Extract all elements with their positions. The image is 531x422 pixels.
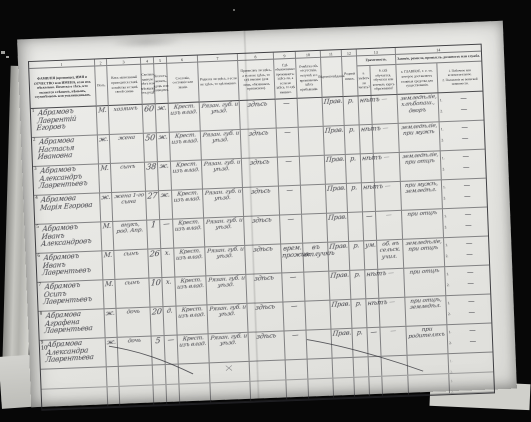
cell-registered: здѣсь: [246, 273, 283, 302]
cell-relation: хозяинъ: [109, 105, 144, 134]
cell-religion: Прав.: [329, 271, 351, 300]
handwritten-born: Рязан. губ. и уѣзд.: [209, 333, 247, 348]
cell-born: Рязан. губ. и уѣзд.: [203, 188, 244, 218]
empty-cell: [286, 360, 309, 380]
cell-registered: здѣсь: [249, 331, 286, 360]
handwritten-occ_a: при родителяхъ: [407, 326, 446, 341]
empty-cell: [369, 357, 383, 376]
cell-absence: [300, 156, 326, 185]
cell-language: р.: [351, 299, 367, 328]
handwritten-lit_a: нѣтъ: [367, 300, 378, 308]
dust-speck: [1, 51, 5, 54]
handwritten-relation: внукъ, род. Апр.: [114, 221, 146, 236]
handwritten-resides: —: [285, 331, 305, 339]
cell-age: 60: [143, 104, 157, 132]
cell-born: Рязан. губ. и уѣзд.: [207, 304, 248, 334]
handwritten-language: р.: [344, 97, 357, 105]
cell-religion: Прав.: [328, 242, 350, 271]
empty-cell: [108, 387, 121, 406]
header-col8: Приписанъ ли здѣсь, а если не здѣсь, то …: [238, 60, 276, 101]
cell-absence: [301, 185, 327, 214]
side-occupation-label: 2.: [450, 369, 453, 373]
cell-lit_a: ум.: [364, 241, 378, 269]
photo-background: 1234567891011121314ФАМИЛІЯ (прозвище), И…: [0, 0, 531, 422]
cell-born: Рязан. губ. и уѣзд.: [205, 246, 246, 276]
side-occupation-line: 2.—: [440, 104, 482, 117]
cell-relation: внукъ, род. Апр.: [113, 221, 148, 250]
cell-lit_b: —: [373, 124, 400, 153]
handwritten-dash: —: [453, 337, 491, 346]
handwritten-marital: ж.: [159, 163, 170, 171]
handwritten-absence: [305, 272, 327, 273]
census-table: 1234567891011121314ФАМИЛІЯ (прозвище), И…: [28, 44, 495, 411]
header-col11: Вѣроисповѣданіе.: [321, 57, 344, 98]
handwritten-absence: [303, 214, 325, 215]
header-col6: Сословіе, состояніе или званіе.: [167, 63, 200, 104]
handwritten-name: Абрамова Настасья Ивановна: [32, 136, 97, 163]
side-occupation-label: 1.: [445, 243, 448, 247]
cell-registered: здѣсь: [241, 129, 278, 158]
handwritten-resides: —: [283, 273, 303, 281]
handwritten-sex: ж.: [106, 339, 116, 347]
handwritten-dash: —: [444, 94, 482, 103]
side-occupation-line: 2.—: [441, 133, 483, 146]
side-occupation-label: 2.: [446, 254, 449, 258]
cell-resides: —: [278, 157, 301, 186]
cell-lit_b: —: [378, 269, 405, 298]
cell-lit_a: нѣтъ: [366, 299, 380, 327]
cell-age: 26: [148, 249, 162, 277]
cell-absence: [307, 330, 333, 359]
cell-religion: Прав.: [324, 126, 346, 155]
handwritten-sex: М.: [100, 165, 110, 173]
empty-cell: [408, 374, 450, 395]
handwritten-name: Абрамова Марія Егорова: [35, 194, 100, 213]
side-occupation-line: 2.—: [443, 191, 485, 204]
cell-sex: ж.: [106, 338, 119, 366]
empty-cell: [286, 380, 309, 400]
handwritten-born: Рязан. губ. и уѣзд.: [208, 304, 246, 319]
cell-absence: [304, 272, 330, 301]
handwritten-registered: здѣсь: [247, 274, 281, 283]
cell-sex: М.: [102, 251, 115, 279]
cell-resides: врем. прожив.: [281, 244, 304, 273]
side-occupation-line: 2.—: [442, 162, 484, 175]
handwritten-born: Рязан. губ. и уѣзд.: [206, 246, 244, 261]
handwritten-registered: здѣсь: [240, 100, 274, 109]
handwritten-sex: М.: [98, 107, 108, 115]
cell-name: 1Абрамовъ Лаврентій Егоровъ: [31, 106, 98, 137]
handwritten-registered: здѣсь: [245, 216, 279, 225]
cell-estate: Крест. изъ влад.: [173, 218, 205, 247]
handwritten-relation: хозяинъ: [110, 105, 142, 113]
cell-language: р.: [349, 241, 365, 270]
empty-cell: [166, 384, 180, 403]
handwritten-marital: ж.: [158, 134, 169, 142]
handwritten-estate: Крест. изъ влад.: [173, 190, 202, 204]
handwritten-lit_b: —: [380, 299, 404, 307]
handwritten-registered: здѣсь: [243, 158, 277, 167]
handwritten-born: Рязан. губ. и уѣзд.: [203, 159, 241, 174]
handwritten-dash: —: [453, 326, 491, 335]
handwritten-born: Рязан. губ. и уѣзд.: [205, 217, 243, 232]
cell-resides: —: [283, 302, 306, 331]
cell-occ_a: при отцѣ, земледѣл.: [405, 296, 447, 326]
header-text: Родной языкъ.: [344, 71, 356, 81]
handwritten-sex: М.: [103, 252, 113, 260]
group-title-text: Грамотность.: [365, 58, 386, 63]
handwritten-age: 27: [147, 192, 158, 201]
cell-occ_b: 1.—2.—: [447, 323, 492, 353]
cell-born: Рязан. губ. и уѣзд.: [202, 159, 243, 189]
cell-language: р.: [345, 125, 361, 154]
handwritten-dash: —: [447, 181, 485, 190]
cell-lit_a: нѣтъ: [365, 270, 379, 298]
handwritten-relation: сынъ: [116, 279, 148, 287]
cell-relation: дочь: [117, 308, 152, 337]
side-occupation-label: 1.: [450, 378, 453, 382]
cell-occ_b: 1.—2.—: [442, 179, 487, 209]
handwritten-lit_b: —: [379, 270, 403, 278]
cell-religion: Прав.: [327, 213, 349, 242]
handwritten-language: р.: [352, 300, 365, 308]
side-occupation-line: 2.: [451, 384, 493, 397]
cell-lit_b: —: [379, 298, 406, 327]
cell-lit_a: —: [363, 212, 377, 240]
handwritten-marital: ж.: [157, 105, 168, 113]
handwritten-language: р.: [353, 329, 366, 337]
handwritten-resides: —: [281, 215, 301, 223]
cell-name: 7Абрамовъ Осипъ Лаврентьевъ: [37, 280, 104, 311]
cell-lit_b: —: [376, 211, 403, 240]
handwritten-relation: дочь: [118, 337, 150, 345]
cell-language: р.: [352, 328, 368, 357]
handwritten-occ_a: при отцѣ: [405, 268, 444, 277]
handwritten-dash: —: [446, 134, 484, 143]
empty-cell: [369, 377, 383, 396]
page-number: 10: [41, 345, 48, 352]
empty-cell: [210, 362, 251, 383]
cell-name: 2Абрамова Настасья Ивановна: [32, 135, 99, 166]
header-col12: Родной языкъ.: [342, 56, 359, 97]
occupation-group: Занятіе, ремесло, промыслъ, должность ил…: [396, 52, 482, 95]
header-text: ФАМИЛІЯ (прозвище), ИМЯ и ОТЧЕСТВО или И…: [31, 75, 95, 100]
cell-language: [348, 212, 364, 241]
header-text: Вѣроисповѣданіе.: [318, 74, 345, 80]
cell-registered: здѣсь: [244, 215, 281, 244]
handwritten-dash: —: [449, 221, 487, 230]
handwritten-language: р.: [346, 126, 359, 134]
handwritten-estate: Крест. изъ влад.: [170, 132, 199, 146]
side-occupation-label: 1.: [450, 358, 453, 362]
cell-sex: М.: [103, 280, 116, 308]
cell-lit_b: —: [375, 182, 402, 211]
handwritten-absence: въ отлучкѣ: [304, 243, 327, 259]
empty-cell: [179, 363, 211, 383]
group-subcolumns: а. умѣетъ ли читать?б. гдѣ обучается, об…: [357, 65, 396, 95]
empty-cell: [250, 380, 287, 400]
header-col9: Гдѣ обыкновенно проживаетъ: здѣсь ли, а …: [274, 59, 298, 100]
handwritten-estate: Крест. изъ влад.: [175, 248, 204, 262]
handwritten-religion: Прав.: [332, 330, 351, 338]
handwritten-age: 60: [143, 105, 154, 114]
handwritten-occ_a: земледѣліе, хлѣбопаш., дворъ: [398, 94, 438, 115]
handwritten-language: [349, 213, 361, 214]
side-occupation-label: 2.: [448, 312, 451, 316]
handwritten-born: Рязан. губ. и уѣзд.: [200, 102, 238, 117]
handwritten-relation: жена 1-го сына: [113, 192, 145, 207]
cell-occ_a: при отцѣ: [404, 267, 446, 297]
cell-marital: х.: [161, 249, 175, 277]
cell-occ_b: 1.—2.—: [438, 92, 483, 122]
cell-marital: —: [165, 336, 179, 364]
header-text: Гдѣ обыкновенно проживаетъ: здѣсь ли, а …: [275, 62, 296, 95]
handwritten-dash: —: [451, 279, 489, 288]
handwritten-age: 1: [148, 221, 159, 230]
handwritten-age: 20: [151, 308, 162, 317]
side-occupation-label: 1.: [444, 214, 447, 218]
handwritten-age: 38: [146, 163, 157, 172]
header-col3: Какъ записанный приходится главѣ хозяйст…: [107, 65, 143, 106]
cell-language: р.: [344, 96, 360, 125]
header-col1: ФАМИЛІЯ (прозвище), ИМЯ и ОТЧЕСТВО или И…: [29, 66, 96, 109]
empty-cell: [308, 379, 334, 399]
cell-occ_b: 1.—2.—: [446, 294, 491, 324]
cell-resides: —: [279, 186, 302, 215]
handwritten-dash: —: [447, 163, 485, 172]
handwritten-registered: здѣсь: [248, 303, 282, 312]
cell-relation: сынъ: [115, 279, 150, 308]
cell-born: Рязан. губ. и уѣзд.: [201, 130, 242, 160]
cell-born: Рязан. губ. и уѣзд.: [209, 333, 250, 363]
empty-cell: [153, 385, 167, 404]
handwritten-dash: —: [452, 308, 490, 317]
side-occupation-label: 2.: [451, 389, 454, 393]
empty-cell: 1.2.: [449, 352, 494, 373]
handwritten-occ_a: при отцѣ: [403, 210, 442, 219]
cell-occ_a: при отцѣ: [402, 209, 444, 239]
handwritten-resides: —: [279, 158, 299, 166]
handwritten-lit_a: нѣтъ: [360, 126, 371, 134]
cell-sex: М.: [97, 106, 110, 134]
cell-marital: ж.: [158, 162, 172, 190]
cell-resides: —: [276, 99, 299, 128]
cell-registered: здѣсь: [247, 302, 284, 331]
cell-estate: Крест. изъ влад.: [171, 160, 203, 189]
empty-cell: [333, 358, 355, 378]
empty-cell: [408, 354, 450, 375]
handwritten-dash: —: [444, 105, 482, 114]
cell-occ_a: земледѣліе, при отцѣ: [400, 151, 442, 181]
handwritten-occ_a: при отцѣ, земледѣл.: [406, 297, 445, 312]
cell-occ_b: 1.—2.—: [440, 121, 485, 151]
empty-cell: [166, 365, 180, 384]
handwritten-language: р.: [351, 271, 364, 279]
cell-born: Рязан. губ. и уѣзд.: [204, 217, 245, 247]
handwritten-estate: Крест. изъ влад.: [177, 306, 206, 320]
cell-born: Рязан. губ. и уѣзд.: [206, 275, 247, 305]
header-text: Холостъ, женатъ, вдовъ или разведенъ.: [153, 74, 169, 93]
empty-cell: [333, 378, 355, 398]
cell-relation: дочь: [118, 337, 153, 366]
literacy-group: Грамотность.а. умѣетъ ли читать?б. гдѣ о…: [357, 55, 398, 96]
cell-age: 50: [144, 133, 158, 161]
handwritten-religion: Прав.: [327, 185, 346, 193]
handwritten-dash: —: [445, 123, 483, 132]
handwritten-occ_a: земледѣліе, при мужѣ: [399, 123, 438, 138]
header-text: Отмѣтка объ отсутствіи, отлучкѣ и о врем…: [297, 64, 320, 92]
handwritten-age: 26: [149, 250, 160, 259]
handwritten-occ_a: при мужѣ, земледѣл.: [402, 181, 441, 196]
handwritten-absence: [306, 301, 328, 302]
cell-name: 9Абрамова Александра Лаврентьева: [40, 338, 107, 369]
side-occupation-label: 1.: [449, 330, 452, 334]
side-occupation-label: 2.: [445, 225, 448, 229]
side-occupation-label: 1.: [441, 127, 444, 131]
handwritten-age: 10: [150, 279, 161, 288]
handwritten-resides: врем. прожив.: [282, 244, 302, 259]
cell-religion: Прав.: [330, 300, 352, 329]
cell-lit_a: нѣтъ: [361, 154, 375, 182]
handwritten-religion: Прав.: [323, 98, 342, 106]
header-text: Какъ записанный приходится главѣ хозяйст…: [109, 75, 141, 94]
handwritten-lit_b: —: [375, 154, 399, 162]
cell-occ_b: 1.—2.—: [441, 150, 486, 180]
handwritten-sex: М.: [102, 223, 112, 231]
cell-marital: д.: [163, 307, 177, 335]
handwritten-relation: сынъ: [115, 250, 147, 258]
handwritten-absence: [300, 128, 322, 129]
empty-cell: [119, 365, 154, 385]
cell-resides: —: [285, 331, 308, 360]
empty-cell: 1.2.: [449, 372, 494, 393]
cell-marital: ж.: [159, 191, 173, 219]
cell-lit_b: —: [380, 327, 407, 356]
cell-name: 6Абрамовъ Иванъ Лаврентьевъ: [36, 251, 103, 282]
empty-cell: [42, 387, 109, 409]
ink-smudge: [109, 34, 183, 50]
header-text: Приписанъ ли здѣсь, а если не здѣсь, то …: [239, 68, 273, 92]
cell-occ_a: земледѣліе, хлѣбопаш., дворъ: [398, 93, 440, 123]
handwritten-lit_a: нѣтъ: [362, 155, 373, 163]
side-occupation-label: 2.: [442, 167, 445, 171]
handwritten-absence: [302, 186, 324, 187]
handwritten-estate: Крест. изъ влад.: [176, 277, 205, 291]
side-item-2: 2. Положеніе по воинской повинности.: [439, 76, 481, 86]
handwritten-dash: —: [448, 192, 486, 201]
cell-registered: здѣсь: [243, 187, 280, 216]
handwritten-estate: Крест. изъ влад.: [172, 161, 201, 175]
cell-occ_a: земледѣліе, при мужѣ: [399, 122, 441, 152]
empty-cell: [382, 356, 409, 376]
empty-cell: [41, 367, 108, 389]
handwritten-language: р.: [348, 184, 361, 192]
handwritten-name: Абрамовъ Лаврентій Егоровъ: [31, 107, 96, 134]
side-occupation-label: 2.: [449, 341, 452, 345]
handwritten-marital: д.: [164, 307, 175, 315]
handwritten-sex: ж.: [99, 136, 109, 144]
empty-cell: [250, 360, 287, 380]
handwritten-born: Рязан. губ. и уѣзд.: [201, 131, 239, 146]
cell-religion: Прав.: [331, 329, 353, 358]
cell-occ_b: 1.—2.—: [443, 208, 488, 238]
side-occupation-label: 1.: [440, 98, 443, 102]
handwritten-language: р.: [347, 155, 360, 163]
subcol-text: а. умѣетъ ли читать?: [358, 71, 370, 90]
empty-cell: [308, 359, 334, 379]
handwritten-lit_a: нѣтъ: [359, 97, 370, 105]
cell-absence: [299, 127, 325, 156]
cell-absence: [298, 98, 324, 127]
cell-estate: Крест. изъ влад.: [174, 247, 206, 276]
cell-religion: Прав.: [325, 155, 347, 184]
handwritten-religion: Прав.: [329, 243, 348, 251]
cell-resides: —: [280, 215, 303, 244]
cell-registered: здѣсь: [245, 244, 282, 273]
cell-language: р.: [346, 154, 362, 183]
handwritten-lit_a: —: [368, 329, 379, 337]
handwritten-estate: Крест. изъ влад.: [178, 335, 207, 349]
handwritten-name: Абрамовъ Осипъ Лаврентьевъ: [38, 281, 103, 308]
handwritten-born: Рязан. губ. и уѣзд.: [207, 275, 245, 290]
cell-age: 5: [152, 336, 166, 364]
cell-relation: жена: [110, 134, 145, 163]
cell-marital: ж.: [157, 133, 171, 161]
empty-cell: [153, 365, 167, 384]
handwritten-dash: —: [446, 152, 484, 161]
handwritten-registered: здѣсь: [242, 129, 276, 138]
handwritten-lit_a: нѣтъ: [363, 184, 374, 192]
handwritten-resides: —: [278, 129, 298, 137]
handwritten-sex: ж.: [105, 310, 115, 318]
side-occupation-line: 2.—: [448, 307, 490, 320]
handwritten-marital: х.: [163, 278, 174, 286]
handwritten-lit_b: —: [372, 96, 396, 104]
cell-relation: жена 1-го сына: [112, 192, 147, 221]
cell-occ_b: 1.—2.—: [445, 266, 490, 296]
cell-religion: Прав.: [326, 184, 348, 213]
handwritten-religion: Прав.: [326, 156, 345, 164]
cell-absence: [302, 214, 328, 243]
side-occupation-line: 2.—: [444, 220, 486, 233]
cell-relation: сынъ: [111, 163, 146, 192]
subcol-text: б. гдѣ обучается, обучался или кончилъ к…: [372, 68, 396, 92]
cell-estate: Крест. изъ влад.: [175, 276, 207, 305]
cell-resides: —: [282, 273, 305, 302]
subcol-text: а. ГЛАВНОЕ, т. е. то, которое доставляет…: [398, 69, 437, 89]
cell-estate: Крест. изъ влад.: [172, 189, 204, 218]
cell-relation: сынъ: [114, 250, 149, 279]
empty-cell: [210, 382, 251, 403]
empty-cell: [120, 385, 155, 405]
handwritten-language: р.: [350, 242, 363, 250]
side-occupation-label: 2.: [443, 196, 446, 200]
handwritten-relation: сынъ: [112, 163, 144, 171]
cell-occ_a: при родителяхъ: [406, 325, 448, 355]
cell-age: 10: [149, 278, 163, 306]
handwritten-registered: здѣсь: [244, 187, 278, 196]
handwritten-absence: [301, 157, 323, 158]
handwritten-registered: здѣсь: [246, 245, 280, 254]
cell-sex: ж.: [105, 309, 118, 337]
cell-lit_a: —: [367, 328, 381, 356]
cell-sex: ж.: [98, 135, 111, 163]
cell-occ_a: земледѣліе, при отцѣ: [403, 238, 445, 268]
cell-born: Рязан. губ. и уѣзд.: [200, 101, 241, 131]
cell-age: 38: [145, 162, 159, 190]
handwritten-dash: —: [450, 239, 488, 248]
handwritten-lit_a: —: [364, 213, 375, 221]
